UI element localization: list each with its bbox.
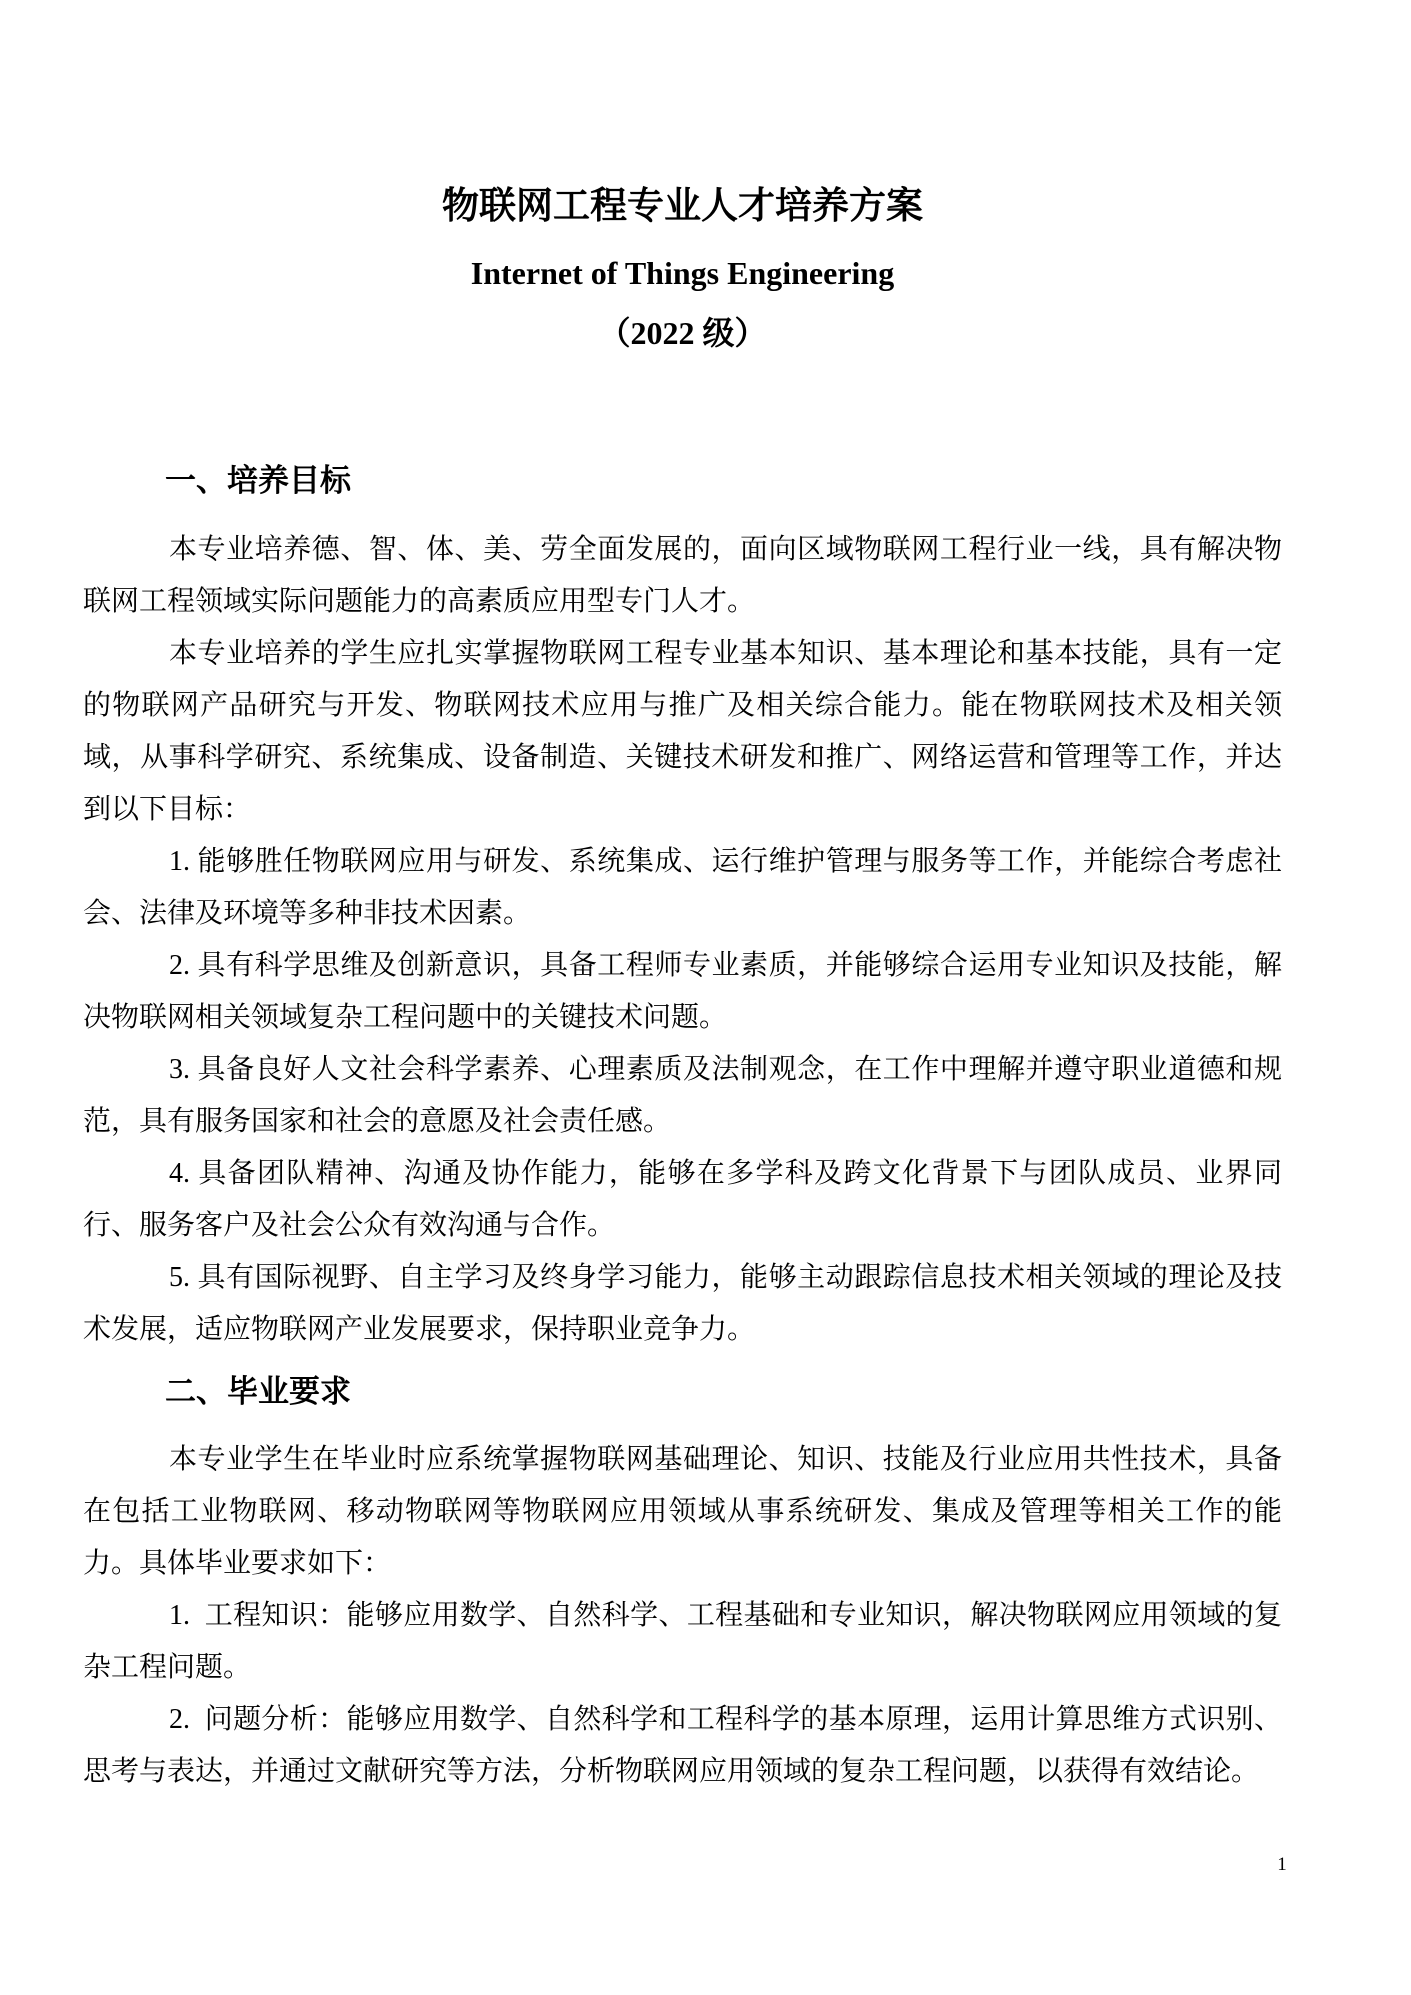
paragraph-graduation-item-2: 2. 问题分析：能够应用数学、自然科学和工程科学的基本原理，运用计算思维方式识别… [83, 1694, 1282, 1798]
paragraph-graduation-intro: 本专业学生在毕业时应系统掌握物联网基础理论、知识、技能及行业应用共性技术，具备在… [83, 1434, 1282, 1590]
paragraph-graduation-item-1: 1. 工程知识：能够应用数学、自然科学、工程基础和专业知识，解决物联网应用领域的… [83, 1590, 1282, 1694]
doc-title-chinese: 物联网工程专业人才培养方案 [83, 181, 1282, 233]
section-heading-training-objectives: 一、培养目标 [83, 453, 1364, 509]
page-number: 1 [1262, 1853, 1302, 1877]
doc-title-cohort-year: （2022 级） [83, 307, 1282, 359]
section-heading-graduation-requirements: 二、毕业要求 [83, 1364, 1364, 1420]
paragraph-objective-item-5: 5. 具有国际视野、自主学习及终身学习能力，能够主动跟踪信息技术相关领域的理论及… [83, 1252, 1282, 1356]
document-page: 物联网工程专业人才培养方案 Internet of Things Enginee… [0, 0, 1411, 1995]
paragraph-objectives-intro-1: 本专业培养德、智、体、美、劳全面发展的，面向区域物联网工程行业一线，具有解决物联… [83, 524, 1282, 628]
paragraph-objective-item-3: 3. 具备良好人文社会科学素养、心理素质及法制观念，在工作中理解并遵守职业道德和… [83, 1044, 1282, 1148]
paragraph-objective-item-2: 2. 具有科学思维及创新意识，具备工程师专业素质，并能够综合运用专业知识及技能，… [83, 940, 1282, 1044]
paragraph-objectives-intro-2: 本专业培养的学生应扎实掌握物联网工程专业基本知识、基本理论和基本技能，具有一定的… [83, 628, 1282, 836]
paragraph-objective-item-1: 1. 能够胜任物联网应用与研发、系统集成、运行维护管理与服务等工作，并能综合考虑… [83, 836, 1282, 940]
paragraph-objective-item-4: 4. 具备团队精神、沟通及协作能力，能够在多学科及跨文化背景下与团队成员、业界同… [83, 1148, 1282, 1252]
doc-title-english: Internet of Things Engineering [83, 247, 1282, 299]
